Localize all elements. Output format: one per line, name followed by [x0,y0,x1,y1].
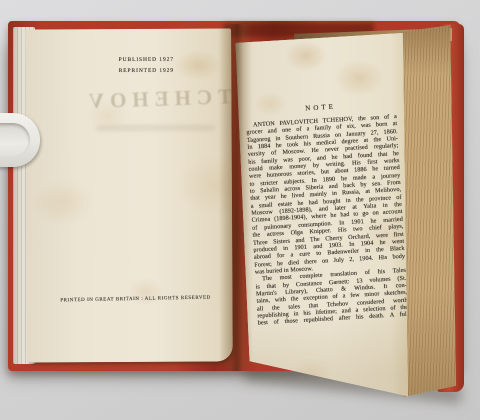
gutter-shadow [219,24,253,371]
showthrough-title: TCHEHOV [77,84,238,114]
published-line: PUBLISHED 1927 [105,55,187,66]
reprinted-line: REPRINTED 1929 [105,66,187,77]
page-holder-clip-slot [0,123,30,157]
left-page: PUBLISHED 1927 REPRINTED 1929 TCHEHOV PR… [25,28,233,362]
printer-imprint-line: PRINTED IN GREAT BRITAIN : ALL RIGHTS RE… [51,295,221,303]
note-text-block: NOTE ANTON PAVLOVITCH TCHEHOV, the son o… [245,99,409,327]
publication-info: PUBLISHED 1927 REPRINTED 1929 [105,55,187,77]
showthrough-smudge [96,125,216,132]
right-page: NOTE ANTON PAVLOVITCH TCHEHOV, the son o… [232,30,408,400]
note-body: ANTON PAVLOVITCH TCHEHOV, the son of agr… [246,113,409,327]
photo-background: PUBLISHED 1927 REPRINTED 1929 TCHEHOV PR… [0,0,480,420]
